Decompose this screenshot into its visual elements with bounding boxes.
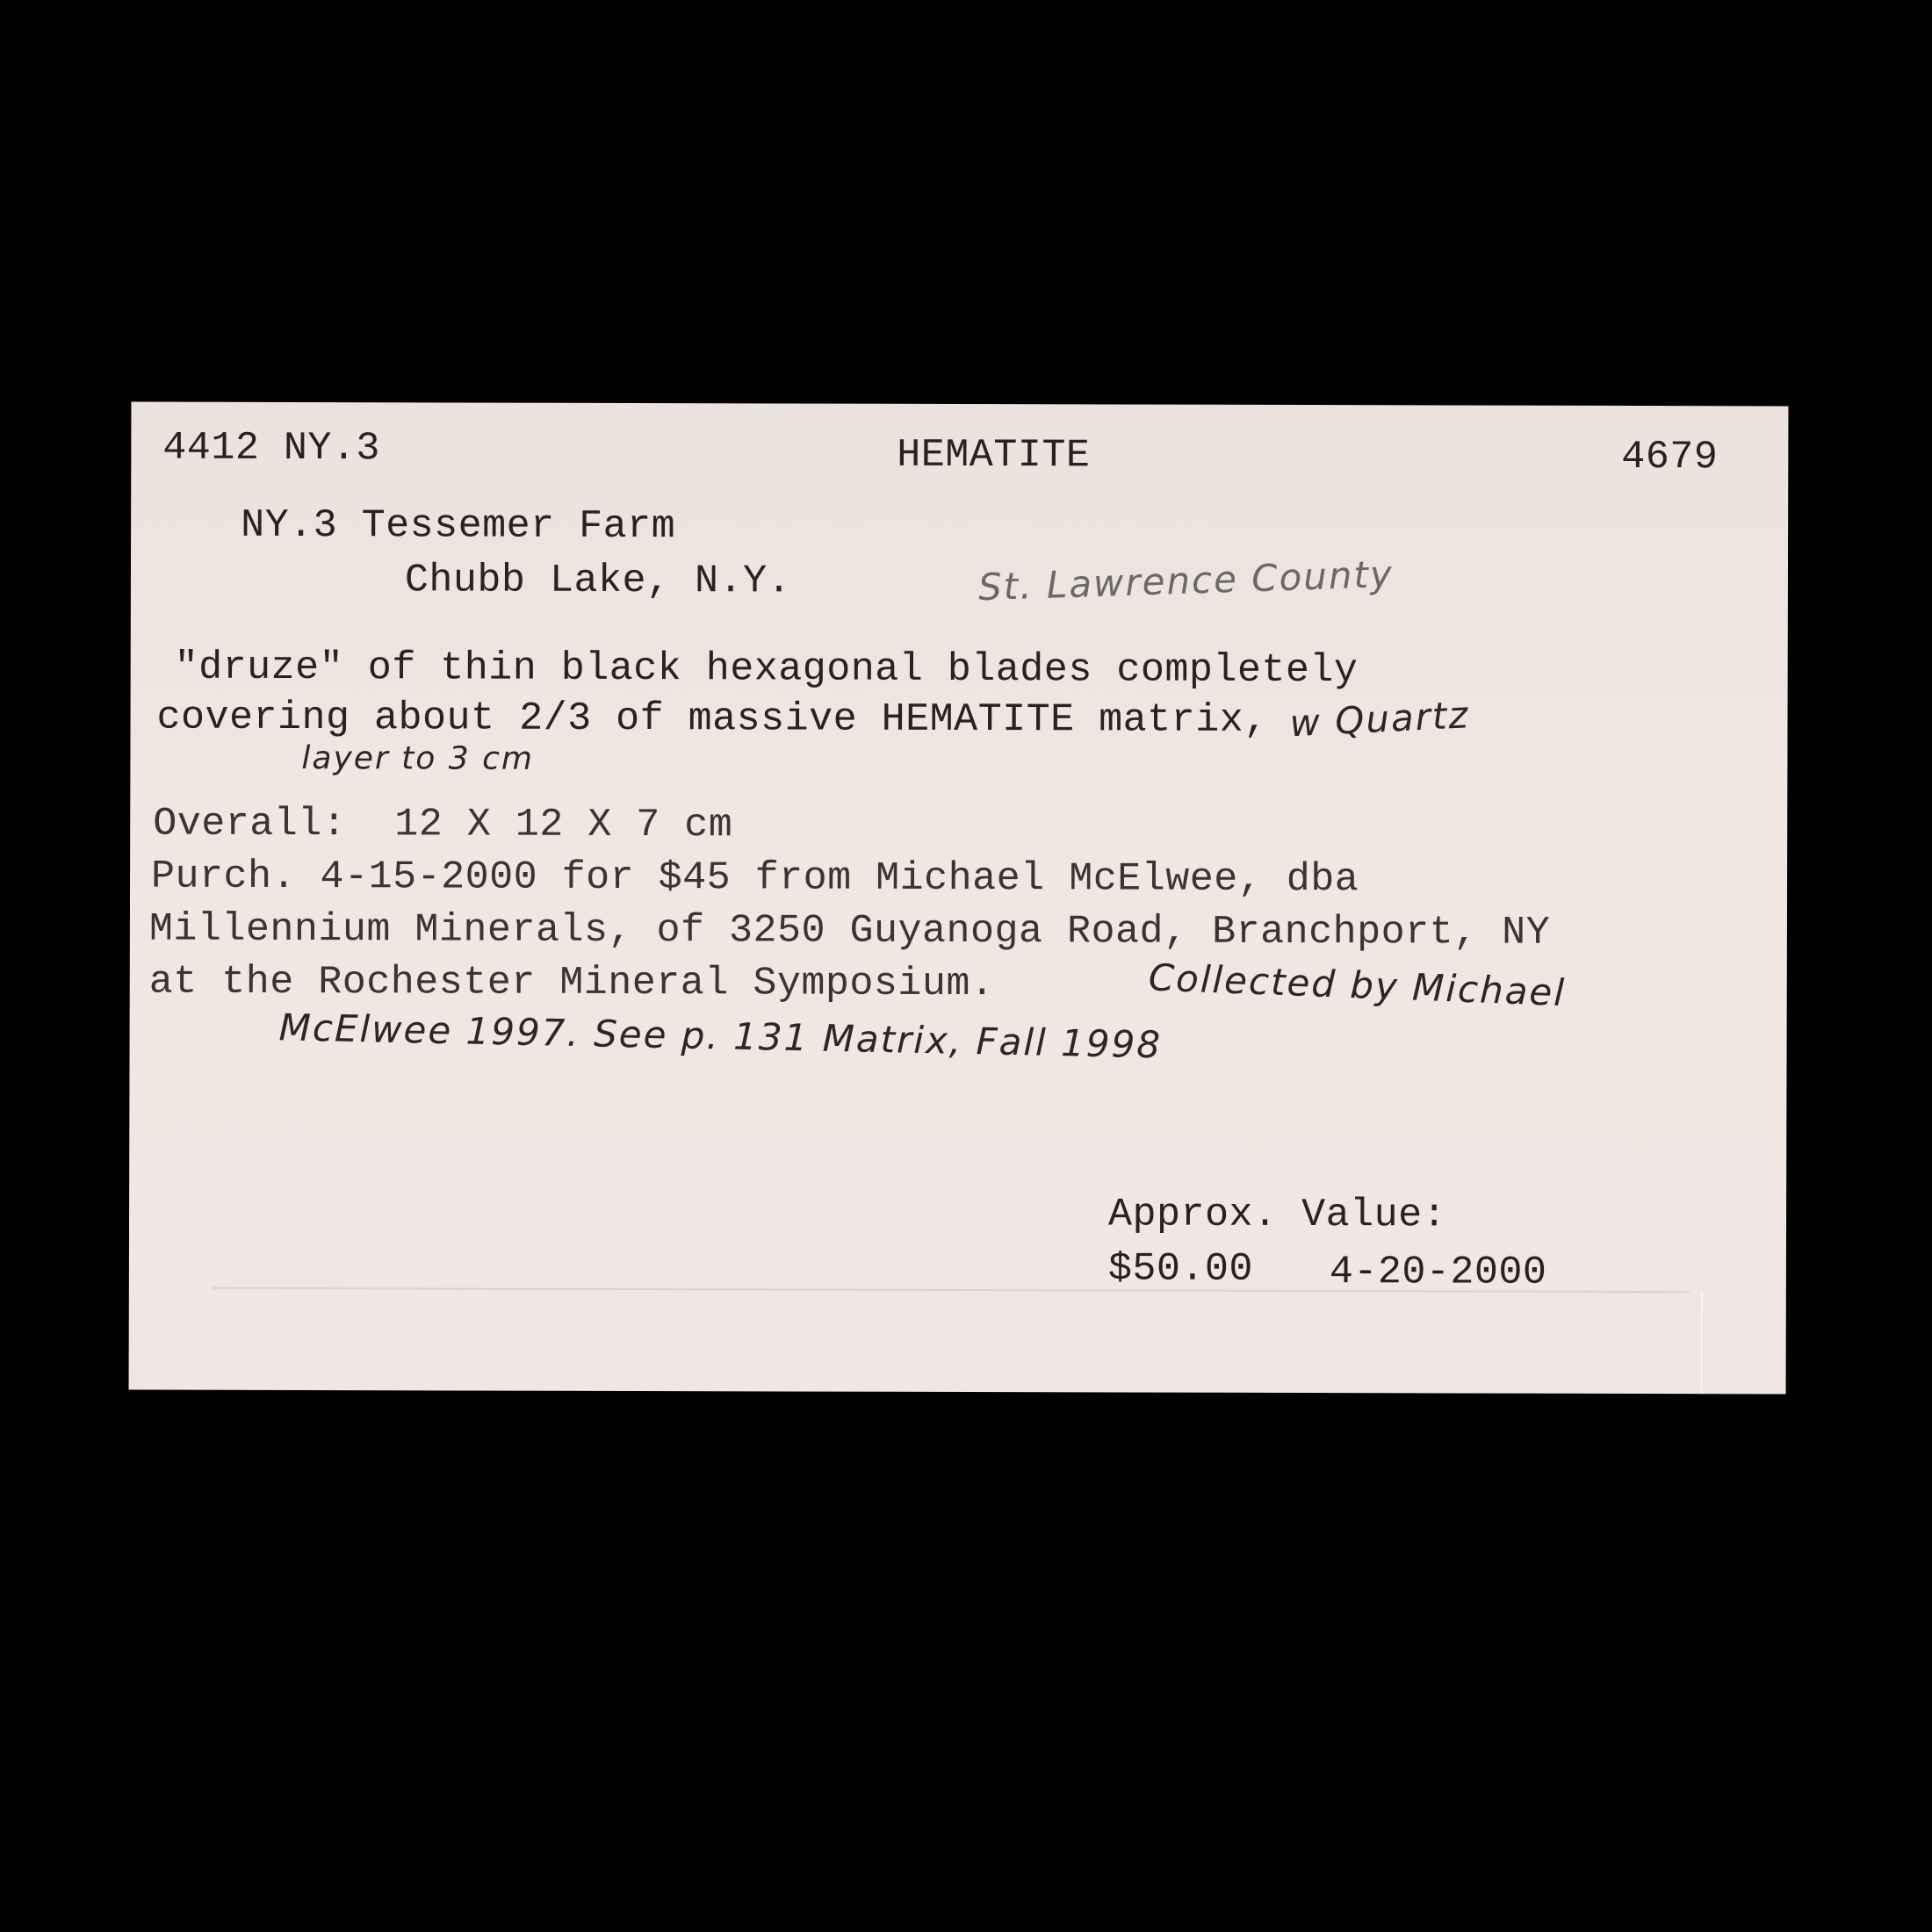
reference-handwritten-note: McElwee 1997. See p. 131 Matrix, Fall 19… [278,1009,1162,1063]
locality-site: NY.3 Tessemer Farm [241,506,675,546]
description-line-1: "druze" of thin black hexagonal blades c… [175,648,1359,691]
specimen-label-card: 4412 NY.3 HEMATITE 4679 NY.3 Tessemer Fa… [129,402,1789,1395]
county-handwritten-note: St. Lawrence County [977,556,1394,606]
description-handwritten-layer: layer to 3 cm [301,743,534,775]
purchase-line-1: Purch. 4-15-2000 for $45 from Michael Mc… [151,857,1359,900]
overall-dimensions: Overall: 12 X 12 X 7 cm [153,804,732,846]
approx-value-amount: $50.00 [1108,1249,1253,1288]
description-line-2: covering about 2/3 of massive HEMATITE m… [156,698,1267,740]
purchase-line-3: at the Rochester Mineral Symposium. [149,962,995,1005]
locality-town: Chubb Lake, N.Y. [405,560,791,601]
description-handwritten-quartz: w Quartz [1289,696,1471,742]
card-edge-tear [1701,1291,1703,1394]
approx-value-date: 4-20-2000 [1330,1252,1547,1293]
collector-handwritten-note: Collected by Michael [1148,959,1567,1012]
approx-value-label: Approx. Value: [1108,1194,1446,1235]
specimen-number: 4679 [1621,437,1718,477]
purchase-line-2: Millennium Minerals, of 3250 Guyanoga Ro… [149,910,1550,953]
mineral-name: HEMATITE [897,436,1090,476]
catalog-id: 4412 NY.3 [162,429,380,469]
